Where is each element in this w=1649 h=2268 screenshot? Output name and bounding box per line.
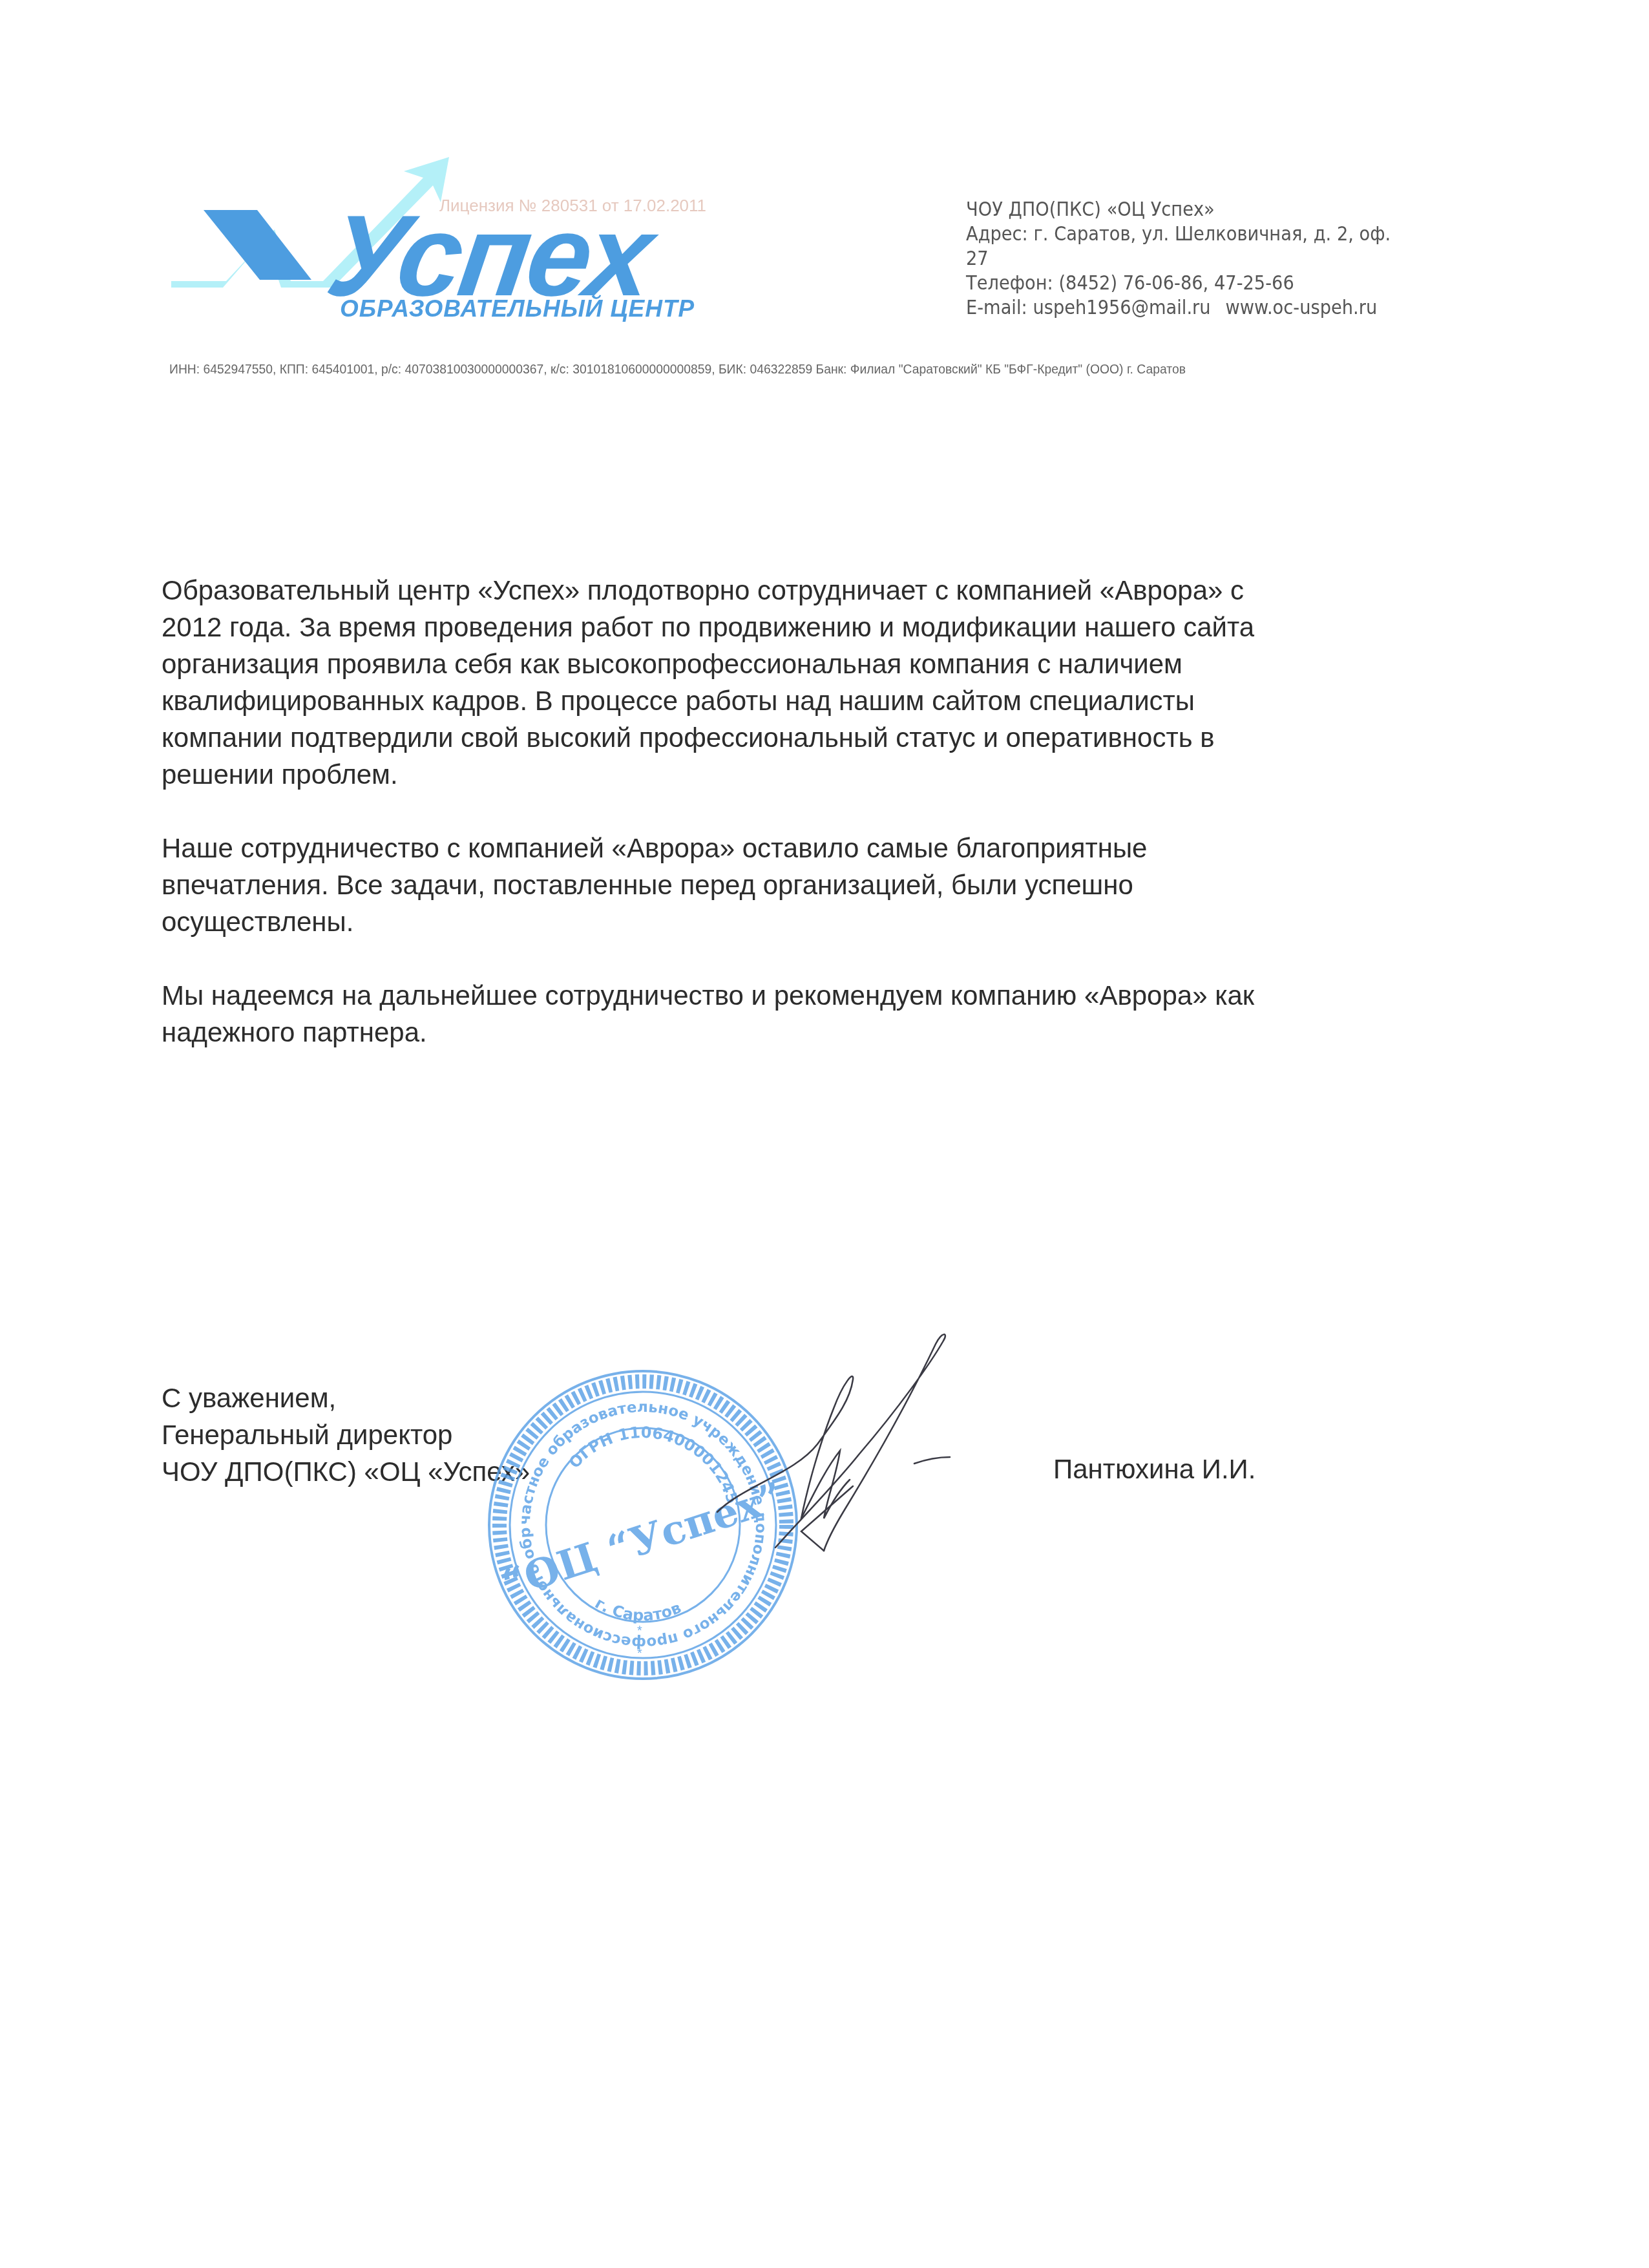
signature-icon	[704, 1325, 1027, 1583]
svg-text:г. Саратов: г. Саратов	[592, 1594, 684, 1624]
body-line: организация проявила себя как высокопроф…	[162, 646, 1467, 682]
svg-text:*: *	[637, 1624, 642, 1638]
handwritten-signature	[704, 1325, 1027, 1583]
body-line: Образовательный центр «Успех» плодотворн…	[162, 572, 1467, 609]
body-paragraph: Образовательный центр «Успех» плодотворн…	[162, 572, 1467, 793]
body-line: осуществлены.	[162, 903, 1467, 940]
body-line: Наше сотрудничество с компанией «Аврора»…	[162, 830, 1467, 866]
body-line: Мы надеемся на дальнейшее сотрудничество…	[162, 977, 1467, 1014]
contact-block: ЧОУ ДПО(ПКС) «ОЦ Успех» Адрес: г. Сарато…	[966, 197, 1433, 320]
signer-organization: ЧОУ ДПО(ПКС) «ОЦ «Успех»	[162, 1453, 530, 1490]
signer-name: Пантюхина И.И.	[1053, 1454, 1255, 1485]
body-line: 2012 года. За время проведения работ по …	[162, 609, 1467, 646]
bank-requisites: ИНН: 6452947550, КПП: 645401001, р/с: 40…	[169, 362, 1186, 377]
body-paragraph: Мы надеемся на дальнейшее сотрудничество…	[162, 977, 1467, 1051]
letter-body: Образовательный центр «Успех» плодотворн…	[162, 572, 1467, 1087]
phone: Телефон: (8452) 76-06-86, 47-25-66	[966, 271, 1433, 295]
company-logo: Лицензия № 280531 от 17.02.2011 Успех ОБ…	[162, 152, 730, 352]
email-web-row: E-mail: uspeh1956@mail.ruwww.oc-uspeh.ru	[966, 295, 1433, 320]
salutation: С уважением,	[162, 1380, 530, 1416]
body-paragraph: Наше сотрудничество с компанией «Аврора»…	[162, 830, 1467, 940]
body-line: компании подтвердили свой высокий профес…	[162, 719, 1467, 756]
closing-block: С уважением, Генеральный директор ЧОУ ДП…	[162, 1380, 530, 1490]
email-link[interactable]: E-mail: uspeh1956@mail.ru	[966, 296, 1211, 319]
body-line: надежного партнера.	[162, 1014, 1467, 1051]
body-line: впечатления. Все задачи, поставленные пе…	[162, 866, 1467, 903]
logo-subtitle: ОБРАЗОВАТЕЛЬНЫЙ ЦЕНТР	[340, 295, 695, 322]
body-line: квалифицированных кадров. В процессе раб…	[162, 682, 1467, 719]
signer-position: Генеральный директор	[162, 1416, 530, 1453]
org-name: ЧОУ ДПО(ПКС) «ОЦ Успех»	[966, 197, 1433, 222]
website-link[interactable]: www.oc-uspeh.ru	[1226, 296, 1378, 319]
svg-text:*: *	[637, 1646, 642, 1661]
body-line: решении проблем.	[162, 756, 1467, 793]
address-line-1: Адрес: г. Саратов, ул. Шелковичная, д. 2…	[966, 222, 1433, 246]
address-line-2: 27	[966, 246, 1433, 271]
